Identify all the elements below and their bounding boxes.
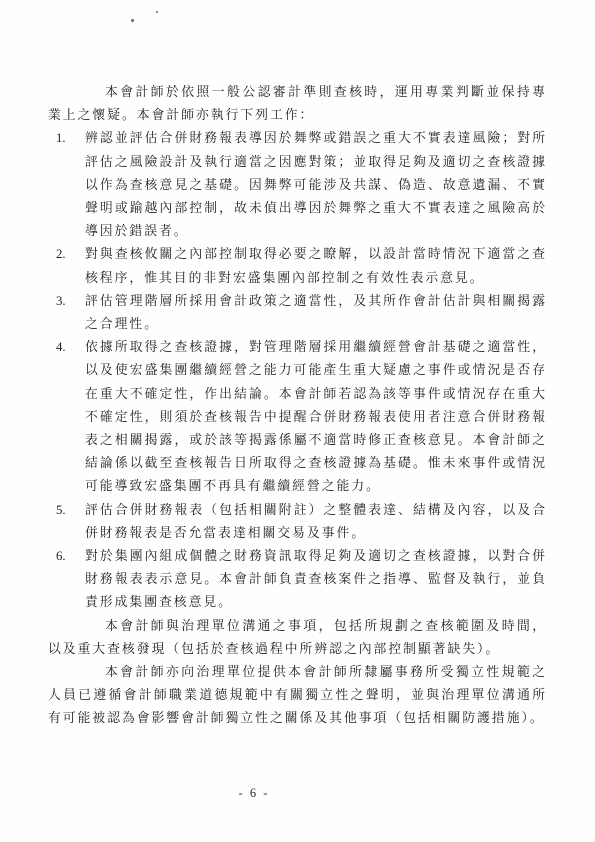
list-item: 6. 對於集團內組成個體之財務資訊取得足夠及適切之查核證據，以對合併財務報表表示…: [48, 545, 547, 615]
list-item-number: 4.: [56, 336, 66, 359]
independence-paragraph: 本會計師亦向治理單位提供本會計師所隸屬事務所受獨立性規範之人員已遵循會計師職業道…: [48, 661, 547, 731]
list-item-text: 評估管理階層所採用會計政策之適當性，及其所作會計估計與相關揭露之合理性。: [85, 294, 547, 331]
list-item-number: 1.: [56, 127, 66, 150]
scan-speck: [156, 11, 158, 13]
document-body: 本會計師於依照一般公認審計準則查核時，運用專業判斷並保持專業上之懷疑。本會計師亦…: [48, 81, 547, 731]
list-item: 3. 評估管理階層所採用會計政策之適當性，及其所作會計估計與相關揭露之合理性。: [48, 290, 547, 336]
scan-speck: [131, 19, 134, 22]
list-item-text: 依據所取得之查核證據，對管理階層採用繼續經營會計基礎之適當性，以及使宏盛集團繼續…: [85, 340, 547, 493]
list-item-number: 6.: [56, 545, 66, 568]
list-item-text: 評估合併財務報表（包括相關附註）之整體表達、結構及內容，以及合併財務報表是否允當…: [85, 503, 547, 540]
list-item: 2. 對與查核攸關之內部控制取得必要之瞭解，以設計當時情況下適當之查核程序，惟其…: [48, 243, 547, 289]
list-item-text: 辨認並評估合併財務報表導因於舞弊或錯誤之重大不實表達風險；對所評估之風險設計及執…: [85, 131, 547, 238]
page-number: - 6 -: [0, 786, 508, 801]
list-item: 1. 辨認並評估合併財務報表導因於舞弊或錯誤之重大不實表達風險；對所評估之風險設…: [48, 127, 547, 243]
list-item: 5. 評估合併財務報表（包括相關附註）之整體表達、結構及內容，以及合併財務報表是…: [48, 499, 547, 545]
list-item-number: 5.: [56, 499, 66, 522]
list-item-number: 2.: [56, 243, 66, 266]
audit-work-list: 1. 辨認並評估合併財務報表導因於舞弊或錯誤之重大不實表達風險；對所評估之風險設…: [48, 127, 547, 614]
list-item-text: 對與查核攸關之內部控制取得必要之瞭解，以設計當時情況下適當之查核程序，惟其目的非…: [85, 247, 547, 284]
list-item-text: 對於集團內組成個體之財務資訊取得足夠及適切之查核證據，以對合併財務報表表示意見。…: [85, 549, 547, 609]
list-item: 4. 依據所取得之查核證據，對管理階層採用繼續經營會計基礎之適當性，以及使宏盛集…: [48, 336, 547, 498]
list-item-number: 3.: [56, 290, 66, 313]
intro-paragraph: 本會計師於依照一般公認審計準則查核時，運用專業判斷並保持專業上之懷疑。本會計師亦…: [48, 81, 547, 127]
communication-paragraph: 本會計師與治理單位溝通之事項，包括所規劃之查核範圍及時間，以及重大查核發現（包括…: [48, 615, 547, 661]
scanned-document-page: 本會計師於依照一般公認審計準則查核時，運用專業判斷並保持專業上之懷疑。本會計師亦…: [0, 0, 595, 842]
